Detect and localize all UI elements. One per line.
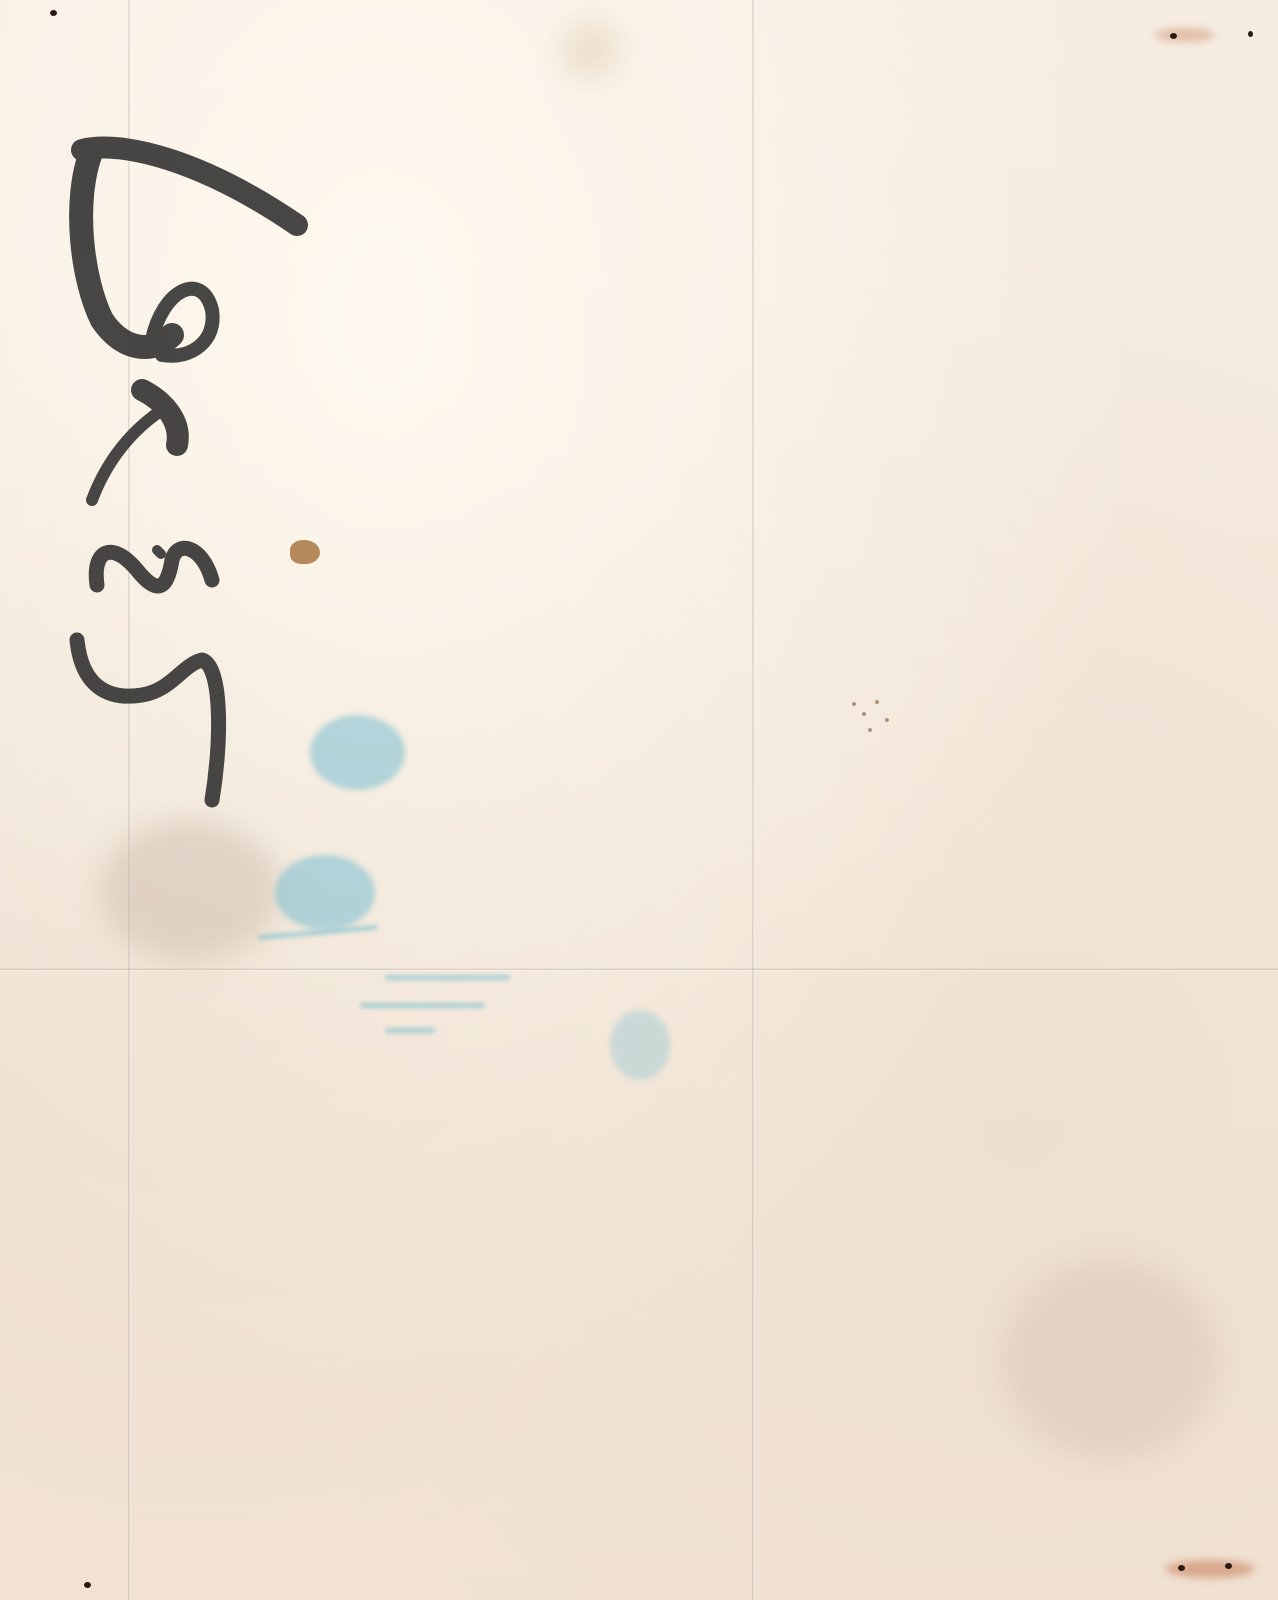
brown-stain <box>290 540 320 564</box>
blue-crayon-stroke <box>385 1028 435 1033</box>
vertical-fold-crease-center <box>752 0 755 1600</box>
dirt-smudge <box>100 820 280 960</box>
speck <box>885 718 889 722</box>
staple-hole <box>1170 33 1177 39</box>
dirt-smudge <box>1000 1260 1220 1460</box>
staple-hole <box>1178 1565 1185 1571</box>
handwritten-number: 7S-35 <box>62 120 312 820</box>
horizontal-fold-crease <box>0 968 1278 972</box>
scanned-paper-sheet: 7S-35 <box>0 0 1278 1600</box>
dirt-smudge <box>560 20 620 80</box>
staple-hole <box>1248 31 1253 37</box>
staple-hole <box>1225 1563 1232 1569</box>
speck <box>862 712 866 716</box>
blue-crayon-blot <box>275 855 375 930</box>
blue-crayon-blot <box>310 715 405 790</box>
blue-crayon-stroke <box>385 975 510 980</box>
blue-crayon-stroke <box>360 1003 485 1008</box>
staple-hole <box>84 1582 91 1588</box>
blue-crayon-blot <box>610 1010 670 1080</box>
handwriting-strokes-icon <box>62 120 312 820</box>
rust-mark-top-right <box>1155 28 1215 42</box>
staple-hole <box>50 10 57 16</box>
speck <box>852 702 856 706</box>
speck <box>875 700 879 704</box>
speck <box>868 728 872 732</box>
